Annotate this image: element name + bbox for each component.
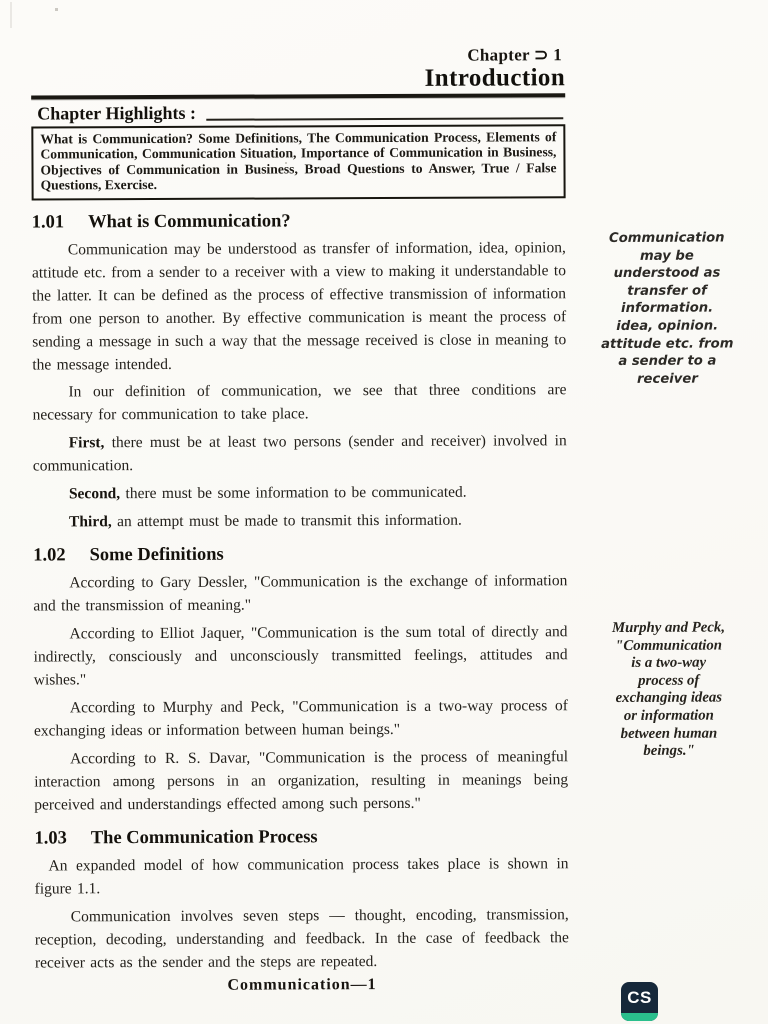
chapter-number-label: Chapter ⊃ 1	[31, 45, 565, 66]
paragraph-text: According to R. S. Davar, "Communication…	[34, 748, 568, 813]
paragraph: An expanded model of how communication p…	[34, 852, 568, 900]
paragraph: Third, an attempt must be made to transm…	[33, 508, 567, 533]
heading-underline	[206, 117, 563, 121]
section-heading: 1.02Some Definitions	[33, 542, 567, 566]
lead-word: Third,	[69, 513, 112, 530]
section-1-02: 1.02Some Definitions According to Gary D…	[33, 542, 568, 816]
section-title: What is Communication?	[88, 211, 291, 232]
paragraph: First, there must be at least two person…	[33, 429, 567, 477]
paragraph-text: there must be at least two persons (send…	[33, 432, 567, 474]
paragraph: According to Elliot Jaquer, "Communicati…	[33, 620, 567, 691]
lead-word: Second,	[69, 485, 120, 502]
chapter-title: Introduction	[31, 64, 565, 93]
title-rule	[31, 93, 565, 99]
section-title: The Communication Process	[91, 827, 318, 848]
page-footer-label: Communication—1	[35, 975, 569, 995]
scanned-page: Chapter ⊃ 1 Introduction Chapter Highlig…	[0, 0, 768, 1024]
paragraph: Communication may be understood as trans…	[32, 236, 567, 376]
paragraph-text: According to Murphy and Peck, "Communica…	[34, 697, 568, 739]
paragraph-text: According to Elliot Jaquer, "Communicati…	[34, 623, 568, 688]
paragraph: According to R. S. Davar, "Communication…	[34, 745, 568, 816]
lead-word: First,	[69, 434, 105, 451]
camscanner-accent-strip	[621, 1013, 658, 1021]
section-heading: 1.01What is Communication?	[32, 209, 566, 233]
paragraph-text: there must be some information to be com…	[120, 483, 467, 502]
paragraph: Communication involves seven steps — tho…	[35, 903, 569, 974]
paragraph-text: According to Gary Dessler, "Communicatio…	[33, 572, 567, 614]
paragraph: Second, there must be some information t…	[33, 480, 567, 505]
section-number: 1.03	[34, 827, 66, 849]
section-heading: 1.03The Communication Process	[34, 825, 568, 849]
margin-note-definition: Communication may be understood as trans…	[569, 229, 766, 388]
page-content: Chapter ⊃ 1 Introduction Chapter Highlig…	[0, 0, 768, 1024]
chapter-highlights-box: What is Communication? Some Definitions,…	[31, 124, 565, 200]
chapter-highlights-heading: Chapter Highlights :	[31, 101, 565, 124]
paragraph-text: In our definition of communication, we s…	[33, 381, 567, 423]
paragraph: According to Murphy and Peck, "Communica…	[34, 694, 568, 742]
section-1-03: 1.03The Communication Process An expande…	[34, 825, 569, 974]
paragraph-text: Communication may be understood as trans…	[32, 239, 566, 373]
section-1-01: 1.01What is Communication? Communication…	[32, 209, 567, 533]
section-title: Some Definitions	[90, 544, 224, 565]
section-number: 1.02	[33, 544, 65, 566]
paragraph-text: Communication involves seven steps — tho…	[35, 906, 569, 971]
main-column: Chapter ⊃ 1 Introduction Chapter Highlig…	[31, 45, 569, 995]
paragraph: According to Gary Dessler, "Communicatio…	[33, 569, 567, 617]
paragraph-text: an attempt must be made to transmit this…	[112, 511, 462, 530]
paragraph: In our definition of communication, we s…	[32, 378, 566, 426]
chapter-highlights-label: Chapter Highlights :	[37, 103, 196, 125]
margin-note-murphy-peck: Murphy and Peck, "Communication is a two…	[570, 619, 767, 761]
paragraph-text: An expanded model of how communication p…	[35, 855, 569, 897]
camscanner-badge: CS	[621, 982, 658, 1021]
section-number: 1.01	[32, 211, 64, 233]
